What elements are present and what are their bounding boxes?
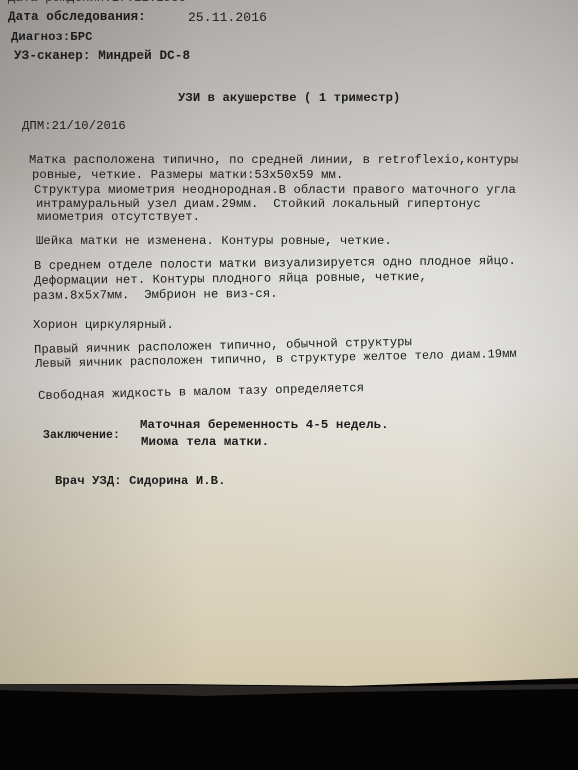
conclusion-line-1: Маточная беременность 4-5 недель. (140, 418, 389, 432)
exam-date-label: Дата обследования: (8, 10, 146, 24)
diagnosis: Диагноз:БРС (11, 30, 93, 44)
exam-date-value: 25.11.2016 (188, 10, 267, 25)
ovum-line-3: разм.8х5х7мм. Эмбрион не виз-ся. (33, 287, 278, 303)
uterus-line-1: Матка расположена типично, по средней ли… (29, 153, 518, 167)
conclusion-line-2: Миома тела матки. (141, 435, 269, 449)
paper-edge (0, 684, 578, 696)
document-page: Дата рождения:17.11.1986 Дата обследован… (0, 0, 578, 690)
uterus-line-4: интрамуральный узел диам.29мм. Стойкий л… (36, 197, 481, 211)
free-fluid-line: Свободная жидкость в малом тазу определя… (38, 381, 364, 403)
ovum-line-2: Деформации нет. Контуры плодного яйца ро… (34, 270, 427, 288)
scanner: УЗ-сканер: Миндрей DC-8 (14, 49, 190, 63)
uterus-line-3: Структура миометрия неоднородная.В облас… (34, 183, 516, 197)
uterus-line-5: миометрия отсутствует. (37, 210, 200, 224)
doctor-signature: Врач УЗД: Сидорина И.В. (55, 474, 226, 488)
uterus-line-2: ровные, четкие. Размеры матки:53х50х59 м… (32, 168, 343, 182)
ovum-line-1: В среднем отделе полости матки визуализи… (34, 254, 516, 273)
cervix-line: Шейка матки не изменена. Контуры ровные,… (36, 234, 392, 248)
conclusion-label: Заключение: (43, 429, 120, 442)
document-title: УЗИ в акушерстве ( 1 триместр) (178, 91, 400, 105)
lmp-date: ДПМ:21/10/2016 (22, 119, 126, 133)
chorion-line: Хорион циркулярный. (33, 318, 174, 332)
birth-date-line: Дата рождения:17.11.1986 (8, 0, 186, 5)
